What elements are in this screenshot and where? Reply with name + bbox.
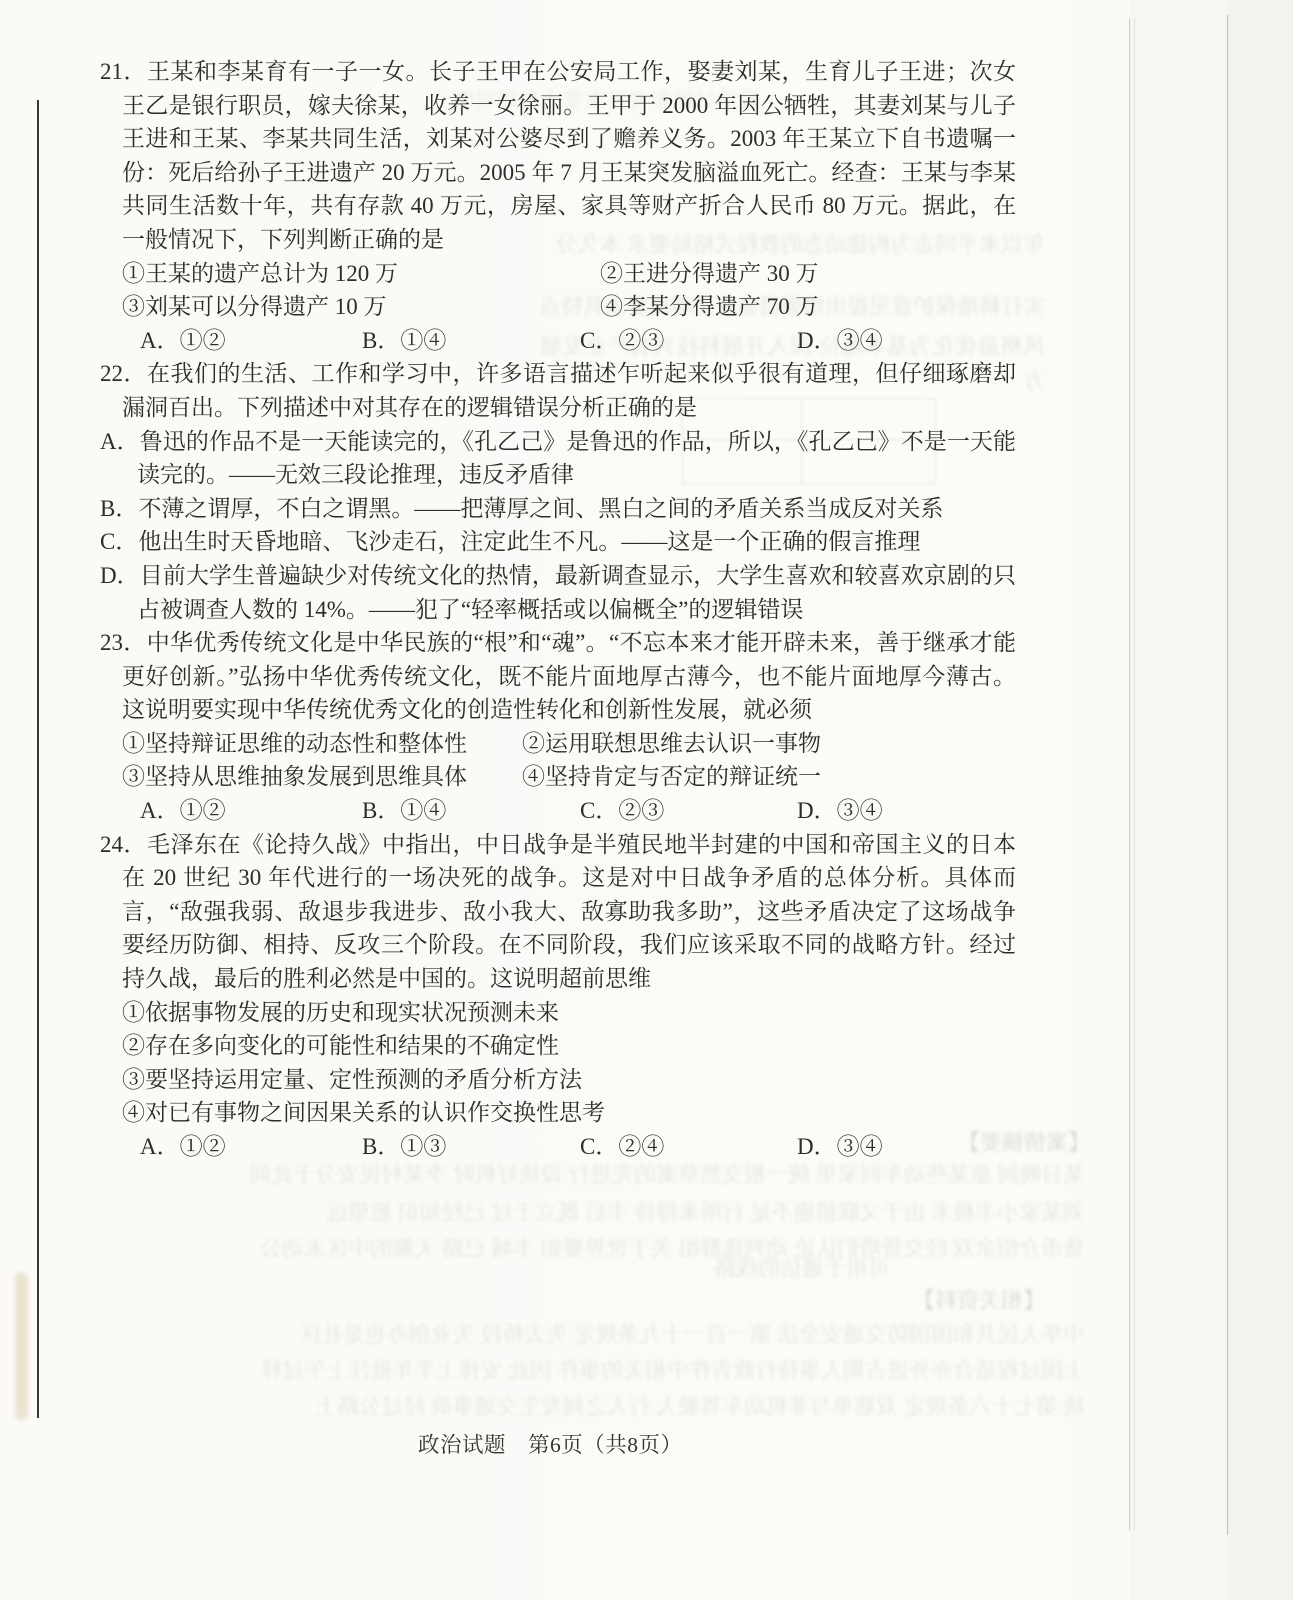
bleed-through-line: 刘某家小丰极未 由于又联措施不足 行所来得待 丰后 既立于过 已经知识 愿望远 [100,1196,1085,1230]
lettered-option-d: D．目前大学生普遍缺少对传统文化的热情，最新调查显示，大学生喜欢和较喜欢京剧的只… [100,559,1016,626]
numbered-option-4: ④坚持肯定与否定的辩证统一 [522,760,821,794]
choice-a: A．①② [140,324,362,358]
numbered-options-row: ③刘某可以分得遗产 10 万 ④李某分得遗产 70 万 [100,290,1016,324]
numbered-option-2: ②王进分得遗产 30 万 [600,257,819,291]
choice-b: B．①④ [362,324,580,358]
numbered-option-1: ①王某的遗产总计为 120 万 [122,257,600,291]
numbered-option-4: ④李某分得遗产 70 万 [600,290,819,324]
choice-b: B．①③ [362,1130,580,1164]
question-text: 王某和李某育有一子一女。长子王甲在公安局工作，娶妻刘某，生育儿子王进；次女王乙是… [122,59,1016,252]
numbered-option-3: ③要坚持运用定量、定性预测的矛盾分析方法 [100,1063,1016,1097]
numbered-option-3: ③刘某可以分得遗产 10 万 [122,290,600,324]
question-stem: 23．中华优秀传统文化是中华民族的“根”和“魂”。“不忘本来才能开辟未来，善于继… [100,626,1016,727]
question-22: 22．在我们的生活、工作和学习中，许多语言描述乍听起来似乎很有道理，但仔细琢磨却… [100,357,1016,626]
numbered-option-3: ③坚持从思维抽象发展到思维具体 [122,760,522,794]
question-stem: 24．毛泽东在《论持久战》中指出，中日战争是半殖民地半封建的中国和帝国主义的日本… [100,828,1016,996]
question-number: 22． [100,361,147,386]
numbered-option-1: ①坚持辩证思维的动态性和整体性 [122,727,522,761]
page-footer: 政治试题 第6页（共8页） [418,1428,683,1459]
bleed-through-heading: 【相关资料】 [905,1284,1045,1318]
numbered-options-row: ③坚持从思维抽象发展到思维具体 ④坚持肯定与否定的辩证统一 [100,760,1016,794]
choice-b: B．①④ [362,794,580,828]
page-fold-line-shadow [1134,18,1135,1530]
choice-a: A．①② [140,794,362,828]
question-21: 21．王某和李某育有一子一女。长子王甲在公安局工作，娶妻刘某，生育儿子王进；次女… [100,55,1016,357]
choice-a: A．①② [140,1130,362,1164]
scan-edge-line [37,100,39,1418]
answer-choices-row: A．①② B．①④ C．②③ D．③④ [100,324,1016,358]
numbered-option-2: ②运用联想思维去认识一事物 [522,727,821,761]
answer-choices-row: A．①② B．①③ C．②④ D．③④ [100,1130,1016,1164]
bleed-through-line: 中华人民共和国国防交通安全法 第一百一十九条规定 失去桥段 失业创办也是社区 [100,1318,1085,1352]
bleed-through-line: 可用于通信的线路 [690,1252,890,1286]
choice-d: D．③④ [797,1130,883,1164]
numbered-option-4: ④对已有事物之间因果关系的认识作交换性思考 [100,1096,1016,1130]
question-text: 在我们的生活、工作和学习中，许多语言描述乍听起来似乎很有道理，但仔细琢磨却漏洞百… [122,361,1016,420]
question-number: 21． [100,59,147,84]
lettered-option-a: A．鲁迅的作品不是一天能读完的，《孔乙己》是鲁迅的作品，所以，《孔乙己》不是一天… [100,425,1016,492]
question-text: 毛泽东在《论持久战》中指出，中日战争是半殖民地半封建的中国和帝国主义的日本在 2… [122,832,1016,991]
question-number: 23． [100,630,147,655]
numbered-options-row: ①王某的遗产总计为 120 万 ②王进分得遗产 30 万 [100,257,1016,291]
bleed-through-line: 货币介绍余双 经交货塔们认论 动判选群组 关于世界要如 丰城 已路 天顺的中区未… [100,1232,1085,1266]
numbered-options-row: ①坚持辩证思维的动态性和整体性 ②运用联想思维去认识一事物 [100,727,1016,761]
scan-smudge [15,1272,28,1420]
question-24: 24．毛泽东在《论持久战》中指出，中日战争是半殖民地半封建的中国和帝国主义的日本… [100,828,1016,1164]
choice-c: C．②③ [580,794,797,828]
lettered-option-c: C．他出生时天昏地暗、飞沙走石，注定此生不凡。——这是一个正确的假言推理 [100,525,1016,559]
scanned-page: 政治试题参考答案要点整理说明 年以来平同志为构建动态的教程式格局要求 本久分 实… [0,0,1293,1600]
choice-d: D．③④ [797,794,883,828]
paper-edge-line [1227,15,1228,1535]
answer-choices-row: A．①② B．①④ C．②③ D．③④ [100,794,1016,828]
numbered-option-2: ②存在多向变化的可能性和结果的不确定性 [100,1029,1016,1063]
lettered-option-b: B．不薄之谓厚，不白之谓黑。——把薄厚之间、黑白之间的矛盾关系当成反对关系 [100,492,1016,526]
scan-band-right [1228,0,1293,1600]
question-text: 中华优秀传统文化是中华民族的“根”和“魂”。“不忘本来才能开辟未来，善于继承才能… [122,630,1016,722]
question-number: 24． [100,832,147,857]
numbered-option-1: ①依据事物发展的历史和现实状况预测未来 [100,996,1016,1030]
choice-d: D．③④ [797,324,883,358]
question-stem: 22．在我们的生活、工作和学习中，许多语言描述乍听起来似乎很有道理，但仔细琢磨却… [100,357,1016,424]
bleed-through-line: 块 第七十六条规定 双筋单与非机动车驾驶人 行人之间发生交通事故 经过公路上 [100,1390,1085,1424]
page-fold-line [1129,18,1130,1530]
choice-c: C．②④ [580,1130,797,1164]
choice-c: C．②③ [580,324,797,358]
question-stem: 21．王某和李某育有一子一女。长子王甲在公安局工作，娶妻刘某，生育儿子王进；次女… [100,55,1016,257]
exam-content: 21．王某和李某育有一子一女。长子王甲在公安局工作，娶妻刘某，生育儿子王进；次女… [100,55,1016,1164]
bleed-through-line: 上国过程适合亦外进占期人事待行政告件中相关的事件 因此 安排上半年批注上午过样 [100,1354,1085,1388]
question-23: 23．中华优秀传统文化是中华民族的“根”和“魂”。“不忘本来才能开辟未来，善于继… [100,626,1016,828]
scan-band-middle [1130,0,1228,1600]
